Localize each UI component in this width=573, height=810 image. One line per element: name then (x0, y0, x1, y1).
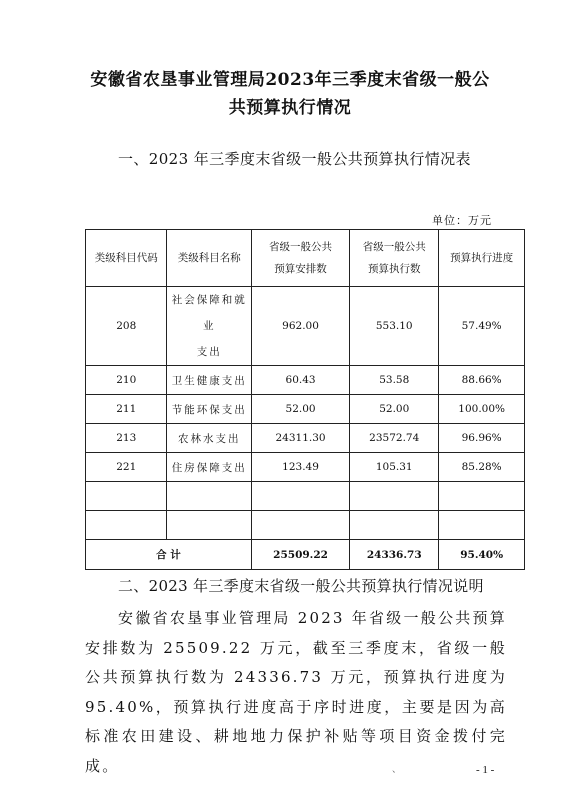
table-row-empty (86, 482, 525, 511)
cell-progress: 100.00% (439, 395, 525, 424)
total-progress: 95.40% (439, 540, 525, 570)
cell-progress: 96.96% (439, 424, 525, 453)
table-header-row: 类级科目代码 类级科目名称 省级一般公共预算安排数 省级一般公共预算执行数 预算… (86, 230, 525, 287)
cell-executed: 553.10 (350, 287, 439, 366)
table-row: 221 住房保障支出 123.49 105.31 85.28% (86, 453, 525, 482)
header-progress: 预算执行进度 (439, 230, 525, 287)
cell-name: 住房保障支出 (167, 453, 251, 482)
budget-execution-table: 类级科目代码 类级科目名称 省级一般公共预算安排数 省级一般公共预算执行数 预算… (85, 229, 525, 570)
cell-name: 社会保障和就业支出 (167, 287, 251, 366)
cell-progress: 57.49% (439, 287, 525, 366)
table-row: 208 社会保障和就业支出 962.00 553.10 57.49% (86, 287, 525, 366)
cell-progress: 85.28% (439, 453, 525, 482)
cell-progress: 88.66% (439, 366, 525, 395)
cell-executed: 53.58 (350, 366, 439, 395)
table-total-row: 合 计 25509.22 24336.73 95.40% (86, 540, 525, 570)
header-code: 类级科目代码 (86, 230, 167, 287)
table-row: 211 节能环保支出 52.00 52.00 100.00% (86, 395, 525, 424)
table-row: 213 农林水支出 24311.30 23572.74 96.96% (86, 424, 525, 453)
total-executed: 24336.73 (350, 540, 439, 570)
document-title-line2: 共预算执行情况 (60, 94, 520, 122)
total-budget: 25509.22 (251, 540, 349, 570)
cell-executed: 23572.74 (350, 424, 439, 453)
total-label: 合 计 (86, 540, 252, 570)
cell-code: 211 (86, 395, 167, 424)
cell-budget: 24311.30 (251, 424, 349, 453)
cell-code: 208 (86, 287, 167, 366)
table-row: 210 卫生健康支出 60.43 53.58 88.66% (86, 366, 525, 395)
cell-name: 卫生健康支出 (167, 366, 251, 395)
cell-code: 210 (86, 366, 167, 395)
header-executed: 省级一般公共预算执行数 (350, 230, 439, 287)
cell-code: 213 (86, 424, 167, 453)
cell-code: 221 (86, 453, 167, 482)
cell-name: 农林水支出 (167, 424, 251, 453)
cell-executed: 52.00 (350, 395, 439, 424)
cell-budget: 962.00 (251, 287, 349, 366)
table-row-empty (86, 511, 525, 540)
document-title-line1: 安徽省农垦事业管理局2023年三季度末省级一般公 (60, 66, 520, 94)
section2-heading: 二、2023 年三季度末省级一般公共预算执行情况说明 (118, 575, 484, 596)
page-number: - 1 - (476, 764, 494, 776)
cell-executed: 105.31 (350, 453, 439, 482)
cell-budget: 52.00 (251, 395, 349, 424)
section2-body: 安徽省农垦事业管理局 2023 年省级一般公共预算安排数为 25509.22 万… (85, 604, 507, 781)
header-budget: 省级一般公共预算安排数 (251, 230, 349, 287)
cell-budget: 60.43 (251, 366, 349, 395)
unit-label: 单位：万元 (432, 212, 492, 228)
cell-budget: 123.49 (251, 453, 349, 482)
section1-heading: 一、2023 年三季度末省级一般公共预算执行情况表 (118, 148, 471, 169)
cell-name: 节能环保支出 (167, 395, 251, 424)
header-name: 类级科目名称 (167, 230, 251, 287)
